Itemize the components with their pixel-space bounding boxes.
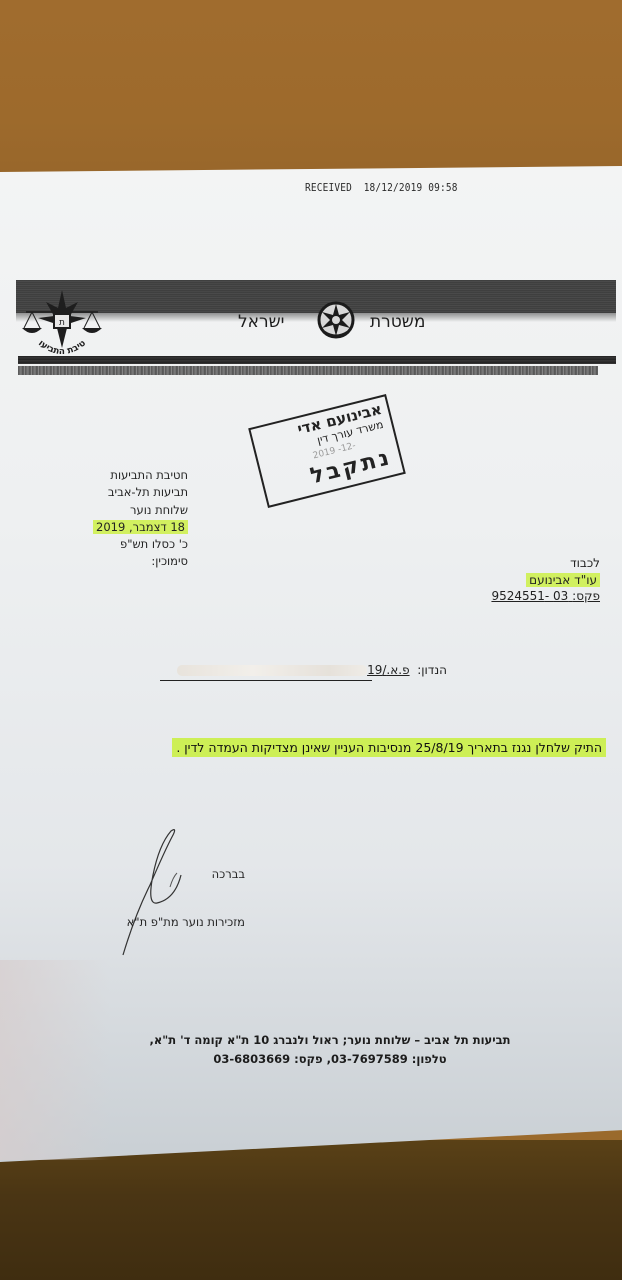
fax-label: פקס: — [572, 589, 600, 603]
svg-text:ת: ת — [59, 318, 65, 328]
fax-received-header: RECEIVED 18/12/2019 09:58 — [305, 181, 458, 194]
case-prefix: פ.א. — [386, 663, 409, 677]
letter-body: התיק שלחלן נגנז בתאריך 25/8/19 מנסיבות ה… — [108, 740, 606, 755]
letterhead-rule-top — [18, 356, 616, 364]
wooden-table-background-bottom — [0, 1140, 622, 1280]
recipient-fax: פקס: 03 -9524551 — [420, 588, 600, 605]
received-datetime: 18/12/2019 09:58 — [364, 181, 458, 194]
israel-police-emblem-icon — [316, 299, 356, 341]
subject-line: הנדון: פ.א./19 — [155, 663, 447, 677]
recipient-block: לכבוד עו"ד אבינועם פקס: 03 -9524551 — [420, 555, 600, 605]
closing-signatory: מזכירות נוער מת"פ ת"א — [120, 914, 245, 930]
letterhead-israel-word: ישראל — [238, 312, 284, 332]
letter-footer: תביעות תל אביב – שלוחת נוער; ראול ולנברג… — [100, 1031, 560, 1069]
sender-line: חטיבת התביעות — [40, 467, 188, 484]
redacted-case-number — [177, 665, 367, 676]
letter-date: 18 דצמבר, 2019 — [93, 520, 188, 534]
sender-block: חטיבת התביעות תביעות תל-אביב שלוחת נוער … — [40, 467, 188, 571]
body-text: התיק שלחלן נגנז בתאריך 25/8/19 מנסיבות ה… — [172, 738, 606, 757]
prosecution-division-emblem-icon: ת חטיבת התביעות — [16, 288, 106, 366]
case-suffix: /19 — [367, 663, 386, 677]
subject-label: הנדון: — [417, 663, 447, 677]
letterhead-rule-bottom — [18, 366, 598, 375]
closing-greeting: בברכה — [120, 866, 245, 882]
received-label: RECEIVED — [305, 181, 352, 194]
hebrew-date: כ' כסלו תש"פ — [40, 536, 188, 553]
footer-contact: טלפון: 03-7697589, פקס: 03-6803669 — [100, 1050, 560, 1069]
recipient-name: עו"ד אבינועם — [526, 573, 600, 587]
closing-block: בברכה מזכירות נוער מת"פ ת"א — [120, 866, 245, 930]
footer-address: תביעות תל אביב – שלוחת נוער; ראול ולנברג… — [100, 1031, 560, 1050]
letterhead-police-word: משטרת — [370, 312, 425, 332]
subject-underline — [160, 680, 372, 681]
sender-line: תביעות תל-אביב — [40, 484, 188, 501]
sender-line: שלוחת נוער — [40, 502, 188, 519]
paper-shadow — [0, 960, 110, 1160]
salutation: לכבוד — [420, 555, 600, 572]
fax-number: 03 -9524551 — [491, 589, 568, 603]
reference-label: סימוכין: — [40, 553, 188, 570]
